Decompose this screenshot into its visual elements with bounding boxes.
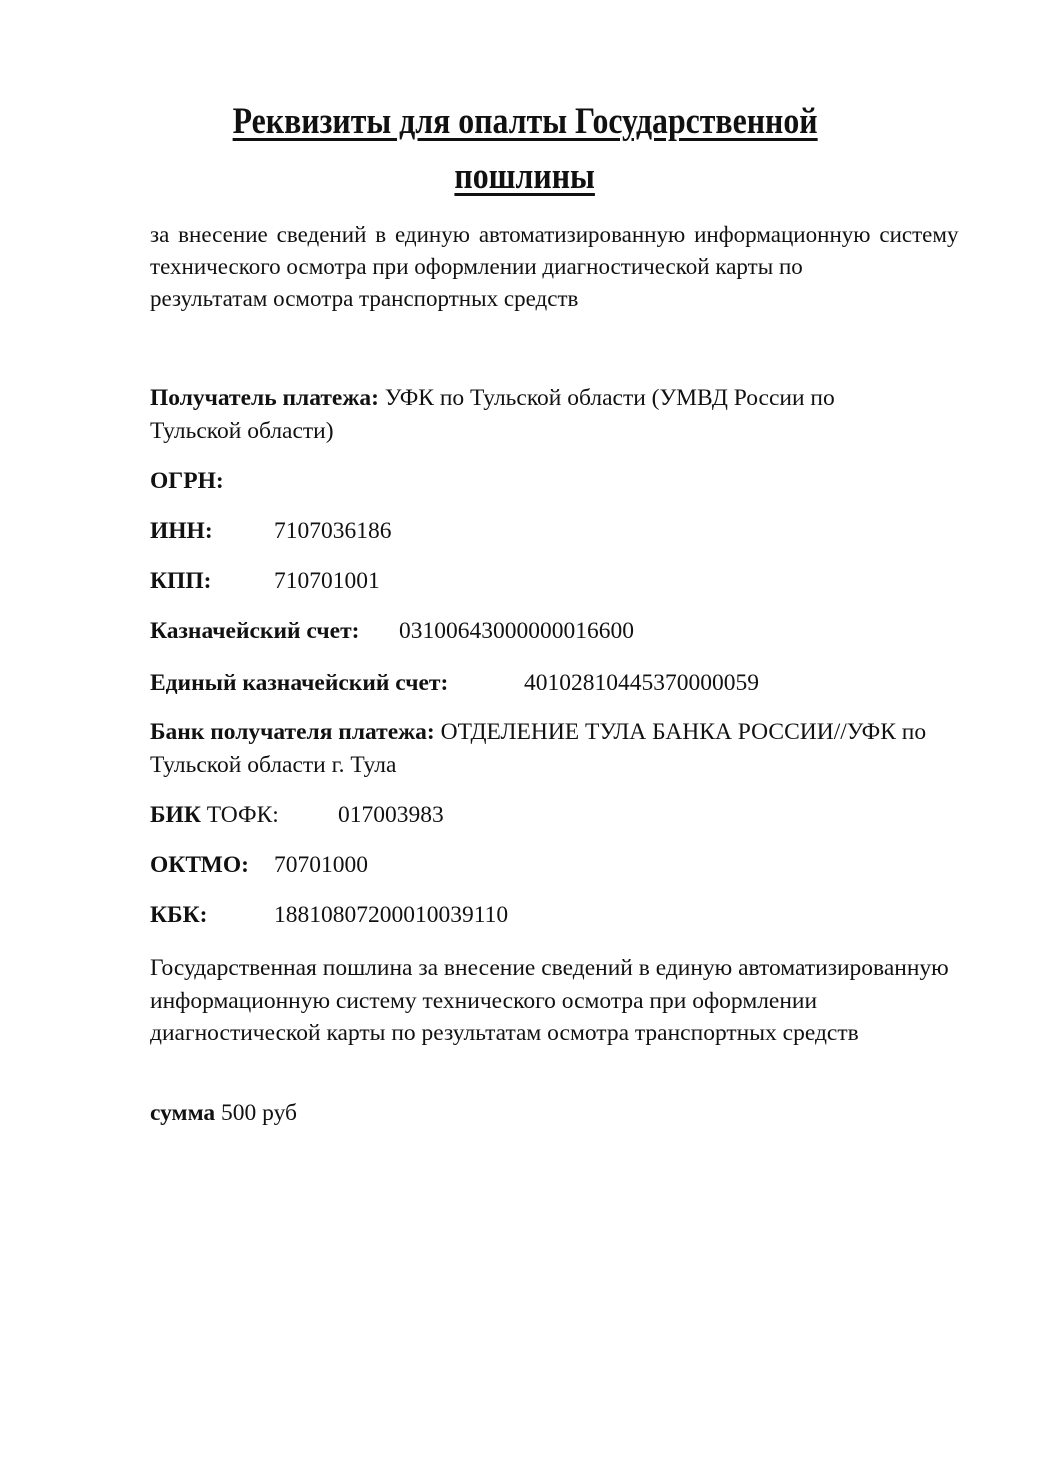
document-title-line-2: пошлины: [0, 158, 1050, 195]
bik-label-rest: ТОФК:: [207, 802, 279, 828]
single-treasury-account-value: 40102810445370000059: [524, 667, 759, 700]
payment-purpose: Государственная пошлина за внесение свед…: [150, 952, 965, 1050]
kpp-value: 710701001: [274, 565, 380, 598]
recipient-label: Получатель платежа:: [150, 385, 379, 411]
field-inn: ИНН: 7107036186: [150, 515, 213, 548]
sum-label: сумма: [150, 1100, 215, 1126]
document-page: Реквизиты для опалты Государственной пош…: [0, 0, 1050, 1479]
ogrn-label: ОГРН:: [150, 468, 224, 494]
intro-text-justified: за внесение сведений в единую автоматизи…: [150, 219, 959, 283]
single-treasury-account-label: Единый казначейский счет:: [150, 670, 448, 696]
oktmo-value: 70701000: [274, 849, 368, 882]
field-ogrn: ОГРН:: [150, 465, 224, 498]
kpp-label: КПП:: [150, 568, 211, 594]
intro-text-last-line: результатам осмотра транспортных средств: [150, 283, 959, 315]
inn-label: ИНН:: [150, 518, 213, 544]
kbk-label: КБК:: [150, 902, 207, 928]
field-bik: БИК ТОФК: 017003983: [150, 799, 279, 832]
oktmo-label: ОКТМО:: [150, 852, 249, 878]
intro-paragraph: за внесение сведений в единую автоматизи…: [150, 219, 959, 315]
field-bank: Банк получателя платежа: ОТДЕЛЕНИЕ ТУЛА …: [150, 716, 960, 782]
field-sum: сумма 500 руб: [150, 1097, 297, 1130]
field-recipient: Получатель платежа: УФК по Тульской обла…: [150, 382, 910, 448]
sum-value: 500 руб: [221, 1100, 297, 1126]
field-single-treasury-account: Единый казначейский счет: 40102810445370…: [150, 667, 448, 700]
document-title-line-1: Реквизиты для опалты Государственной: [0, 103, 1050, 140]
field-kbk: КБК: 18810807200010039110: [150, 899, 207, 932]
title-text-1: Реквизиты для опалты Государственной: [232, 103, 817, 140]
field-kpp: КПП: 710701001: [150, 565, 211, 598]
field-treasury-account: Казначейский счет: 03100643000000016600: [150, 615, 359, 648]
field-oktmo: ОКТМО: 70701000: [150, 849, 249, 882]
bank-label: Банк получателя платежа:: [150, 719, 435, 745]
treasury-account-value: 03100643000000016600: [399, 615, 634, 648]
bik-value: 017003983: [338, 799, 444, 832]
title-text-2: пошлины: [455, 158, 595, 195]
kbk-value: 18810807200010039110: [274, 899, 508, 932]
treasury-account-label: Казначейский счет:: [150, 618, 359, 644]
inn-value: 7107036186: [274, 515, 392, 548]
bik-label-bold: БИК: [150, 802, 201, 828]
